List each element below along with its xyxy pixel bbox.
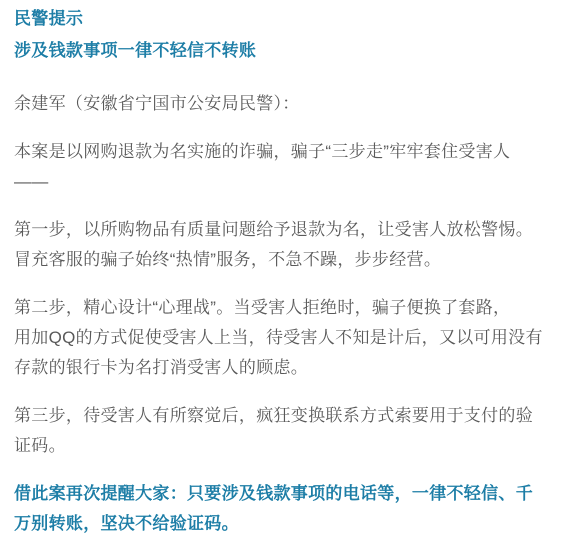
byline: 余建军（安徽省宁国市公安局民警）： (14, 89, 565, 119)
step-2-paragraph: 第二步，精心设计“心理战”。当受害人拒绝时，骗子便换了套路， 用加QQ的方式促使… (14, 293, 565, 383)
article-heading: 民警提示 涉及钱款事项一律不轻信不转账 (14, 3, 565, 67)
step-3-paragraph: 第三步，待受害人有所察觉后，疯狂变换联系方式索要用于支付的验 证码。 (14, 401, 565, 461)
warning-paragraph: 借此案再次提醒大家：只要涉及钱款事项的电话等，一律不轻信、千 万别转账，坚决不给… (14, 479, 565, 535)
intro-paragraph: 本案是以网购退款为名实施的诈骗，骗子“三步走”牢牢套住受害人 —— (14, 137, 565, 197)
step-1-paragraph: 第一步，以所购物品有质量问题给予退款为名，让受害人放松警惕。 冒充客服的骗子始终… (14, 215, 565, 275)
police-tip-article: 民警提示 涉及钱款事项一律不轻信不转账 余建军（安徽省宁国市公安局民警）： 本案… (0, 0, 579, 535)
